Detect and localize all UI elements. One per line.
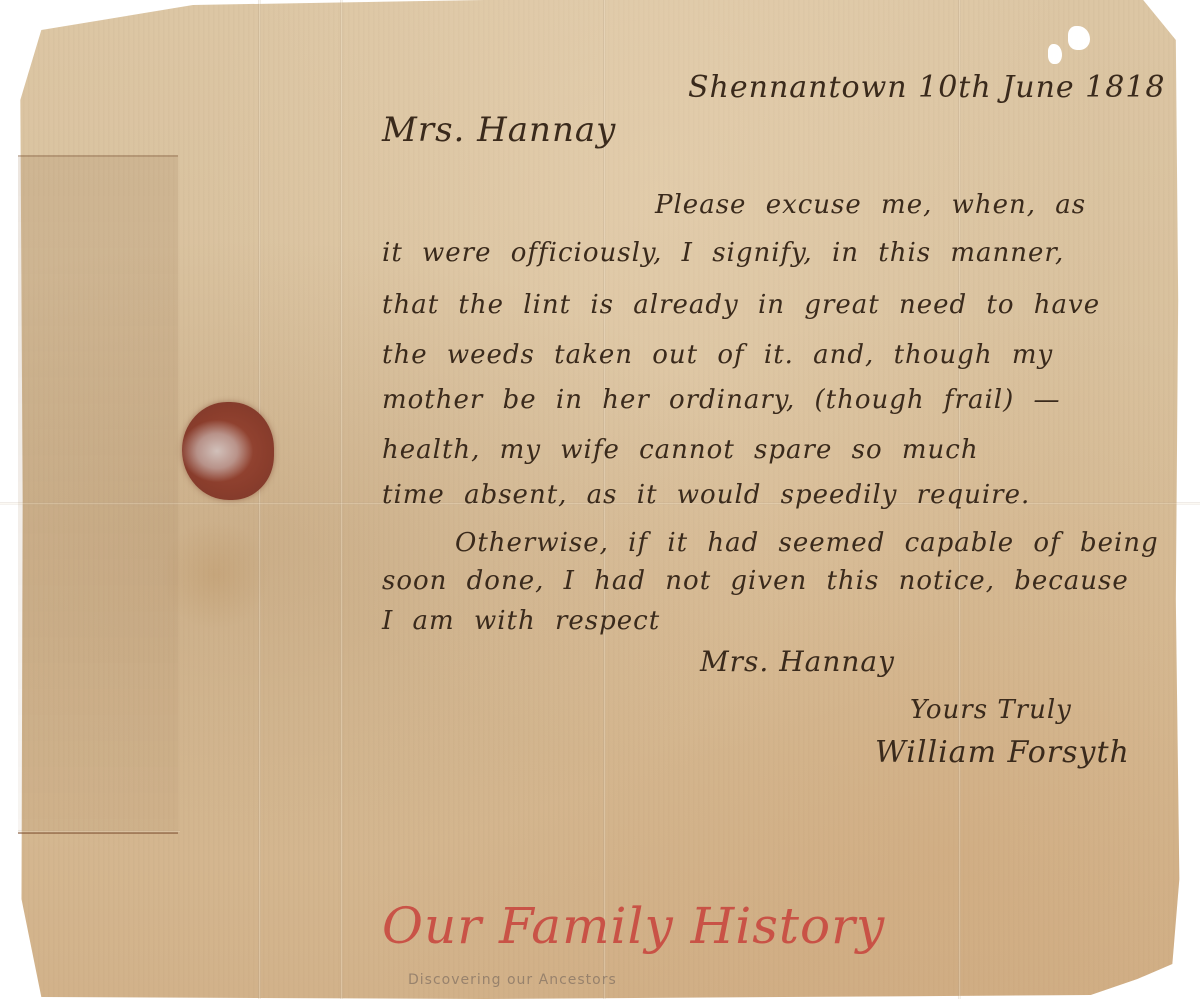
signature: William Forsyth <box>875 735 1130 770</box>
body-line: Otherwise, if it had seemed capable of b… <box>455 528 1159 558</box>
paper-hole <box>1068 26 1090 50</box>
body-line: I am with respect <box>382 606 660 636</box>
watermark-title: Our Family History <box>382 897 885 955</box>
body-line: it were officiously, I signify, in this … <box>382 238 1064 268</box>
wax-seal-icon <box>182 402 274 500</box>
water-stain <box>160 520 270 630</box>
body-line: mother be in her ordinary, (though frail… <box>382 385 1061 415</box>
body-line: Please excuse me, when, as <box>655 190 1086 220</box>
body-line: time absent, as it would speedily requir… <box>382 480 1030 510</box>
closing-addressee: Mrs. Hannay <box>700 645 895 678</box>
closing-text: Yours Truly <box>910 695 1072 725</box>
folded-address-panel <box>18 155 178 834</box>
paper-hole <box>1048 44 1062 64</box>
body-line: the weeds taken out of it. and, though m… <box>382 340 1053 370</box>
body-line: health, my wife cannot spare so much <box>382 435 979 465</box>
date-line: Shennantown 10th June 1818 <box>688 70 1166 105</box>
body-line: that the lint is already in great need t… <box>382 290 1100 320</box>
body-line: soon done, I had not given this notice, … <box>382 566 1129 596</box>
watermark-subtitle: Discovering our Ancestors <box>408 972 617 988</box>
salutation: Mrs. Hannay <box>382 110 616 150</box>
